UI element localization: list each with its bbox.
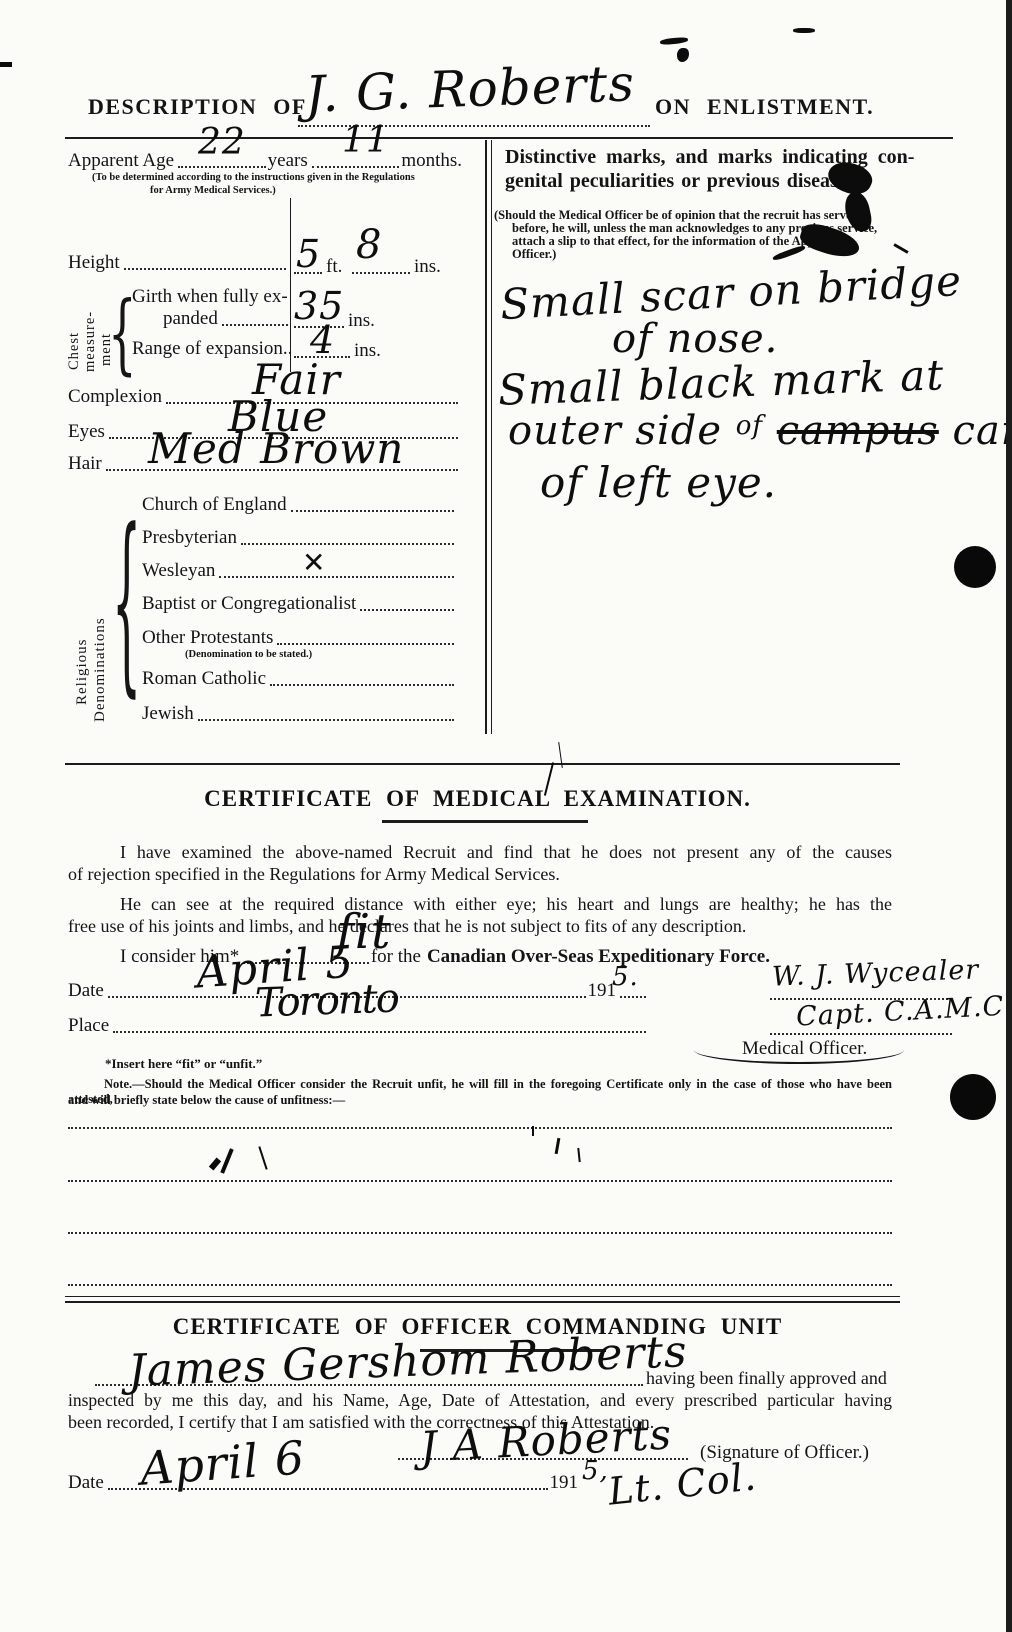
girth-label-2-row: panded — [163, 308, 290, 330]
hole-punch — [950, 1074, 996, 1120]
unfitness-blank-line — [68, 1127, 892, 1129]
wesleyan-checkmark: ✕ — [302, 546, 326, 579]
column-divider — [485, 140, 492, 734]
marks-hw-line4-struck: campus — [777, 408, 939, 454]
apparent-age-note-2: for Army Medical Services.) — [150, 185, 276, 196]
medical-para1-line2: of rejection specified in the Regulation… — [68, 864, 892, 885]
religion-label: Other Protestants — [142, 627, 273, 649]
approved-line2: inspected by me this day, and his Name, … — [68, 1390, 892, 1411]
ink-scratch — [555, 1138, 561, 1154]
chest-group-label-2: measure- — [82, 284, 99, 372]
months-label: months. — [401, 150, 462, 172]
marks-note-4: Officer.) — [512, 247, 556, 262]
marks-hw-line4: outer side of campus canthus — [508, 408, 1012, 454]
attestation-paper-page: DESCRIPTION OF J. G. Roberts ON ENLISTME… — [0, 0, 1012, 1632]
ink-smudge — [660, 37, 688, 46]
religion-row-church-of-england: Church of England — [142, 494, 456, 516]
ink-scratch — [209, 1157, 221, 1170]
date-label: Date — [68, 980, 104, 1002]
medical-para2-line1: He can see at the required distance with… — [68, 894, 892, 915]
officer-date-label: Date — [68, 1472, 104, 1494]
unfitness-blank-line — [68, 1232, 892, 1234]
religion-group-label-2: Denominations — [92, 522, 109, 722]
hair-value: Med Brown — [148, 424, 404, 473]
religion-label: Baptist or Congregationalist — [142, 593, 356, 615]
medical-title-underline — [382, 820, 588, 823]
marks-hw-line4-pre: outer side — [508, 408, 722, 454]
marks-hw-line5: of left eye. — [540, 458, 777, 507]
ink-scratch — [220, 1148, 233, 1174]
religion-label: Wesleyan — [142, 560, 215, 582]
ink-scratch — [577, 1148, 580, 1162]
hole-punch — [954, 546, 996, 588]
officer-rank-handwritten: Lt. Col. — [606, 1454, 759, 1513]
religion-row-presbyterian: Presbyterian — [142, 527, 456, 549]
other-protestants-note: (Denomination to be stated.) — [185, 649, 312, 660]
apparent-age-label: Apparent Age — [68, 150, 174, 172]
unfitness-blank-line — [68, 1284, 892, 1286]
medical-officer-rank: Capt. C.A.M.C. — [795, 990, 1012, 1032]
marks-hw-line4-of: of — [736, 411, 763, 441]
officer-date-year-printed: 191 — [550, 1472, 579, 1494]
religion-row-jewish: Jewish — [142, 703, 456, 725]
place-label: Place — [68, 1015, 109, 1037]
religion-label: Roman Catholic — [142, 668, 266, 690]
height-ins-unit: ins. — [414, 256, 441, 278]
hair-label: Hair — [68, 453, 102, 475]
medical-place-handwritten: Toronto — [254, 976, 398, 1027]
height-ft-unit: ft. — [326, 256, 342, 278]
girth-unit: ins. — [348, 310, 375, 332]
mo-rank-line — [770, 1033, 952, 1035]
medical-para1-line1: I have examined the above-named Recruit … — [68, 842, 892, 863]
complexion-label: Complexion — [68, 386, 162, 408]
ink-smudge — [793, 28, 815, 33]
marks-hw-line2: of nose. — [612, 316, 778, 362]
height-row: Height — [68, 252, 288, 274]
religion-row-baptist: Baptist or Congregationalist — [142, 593, 456, 615]
header-prefix: DESCRIPTION OF — [88, 94, 307, 120]
approved-line1: having been finally approved and — [646, 1368, 887, 1389]
officer-section-rule — [65, 1296, 900, 1303]
officer-date-year-handwritten: 5, — [582, 1456, 609, 1486]
ink-scratch — [258, 1146, 267, 1169]
medical-title: CERTIFICATE OF MEDICAL EXAMINATION. — [65, 786, 890, 812]
religion-brace: { — [112, 488, 141, 715]
height-ins-line — [352, 272, 410, 274]
religion-row-other-protestants: Other Protestants — [142, 627, 456, 649]
medical-note-line2: and will briefly state below the cause o… — [68, 1093, 892, 1108]
ink-smudge — [0, 62, 12, 67]
years-label: years — [268, 150, 308, 172]
height-ft-value: 5 — [296, 232, 321, 276]
religion-label: Presbyterian — [142, 527, 237, 549]
range-unit: ins. — [354, 340, 381, 362]
consider-force: Canadian Over-Seas Expeditionary Force. — [427, 946, 770, 968]
age-years-value: 22 — [198, 122, 246, 163]
girth-label-1: Girth when fully ex- — [132, 286, 288, 308]
officer-date-handwritten: April 6 — [138, 1430, 306, 1495]
header-suffix: ON ENLISTMENT. — [655, 94, 874, 120]
height-ins-value: 8 — [356, 222, 382, 268]
age-months-value: 11 — [342, 120, 390, 161]
chest-group-label-1: Chest — [66, 288, 83, 370]
medical-officer-signature: W. J. Wycealer — [772, 954, 980, 992]
medical-date-year-handwritten: 5. — [612, 962, 639, 992]
apparent-age-note-1: (To be determined according to the instr… — [92, 172, 415, 183]
medical-para2-line2: free use of his joints and limbs, and he… — [68, 916, 892, 937]
height-label: Height — [68, 252, 120, 274]
religion-row-wesleyan: Wesleyan — [142, 560, 456, 582]
fit-footnote: *Insert here “fit” or “unfit.” — [105, 1056, 262, 1072]
unfitness-blank-line — [68, 1180, 892, 1182]
signature-flourish — [694, 1036, 904, 1064]
scan-edge — [1006, 0, 1012, 1632]
recruit-name-handwritten: J. G. Roberts — [304, 54, 636, 123]
ink-scratch — [532, 1126, 534, 1136]
girth-label-2: panded — [163, 308, 218, 330]
ink-blot — [893, 243, 908, 254]
section-divider — [65, 763, 900, 765]
marks-hw-line4-post: canthus — [953, 408, 1012, 454]
eyes-label: Eyes — [68, 421, 105, 443]
religion-row-roman-catholic: Roman Catholic — [142, 668, 456, 690]
religion-label: Church of England — [142, 494, 287, 516]
marks-heading-2: genital peculiarities or previous diseas… — [505, 170, 852, 193]
religion-label: Jewish — [142, 703, 194, 725]
apparent-age-row: Apparent Age years months. — [68, 150, 462, 172]
ink-smudge — [677, 48, 689, 62]
marks-hw-line3: Small black mark at — [497, 350, 945, 415]
religion-group-label-1: Religious — [74, 545, 91, 705]
